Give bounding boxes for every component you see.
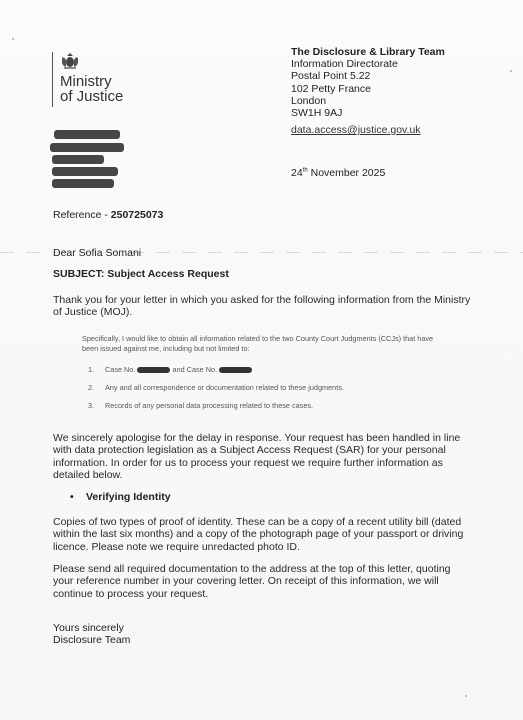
subject-line: SUBJECT: Subject Access Request	[53, 268, 229, 280]
date-month-year: November 2025	[308, 167, 386, 179]
signoff: Yours sincerely Disclosure Team	[53, 622, 130, 646]
sender-line: SW1H 9AJ	[291, 107, 445, 119]
bullet-icon: •	[70, 491, 86, 503]
scan-speck	[465, 695, 467, 697]
salutation: Dear Sofia Somani	[53, 247, 141, 259]
item-number: 1.	[88, 365, 105, 374]
scan-speck	[12, 38, 14, 40]
royal-coat-of-arms-icon	[60, 52, 80, 70]
redaction-bar	[52, 179, 114, 188]
quoted-request-text: Specifically, I would like to obtain all…	[82, 334, 442, 354]
signature: Disclosure Team	[53, 634, 130, 646]
redaction-bar	[52, 167, 118, 176]
quoted-item-1: 1.Case No. and Case No.	[88, 365, 252, 374]
sender-email-link[interactable]: data.access@justice.gov.uk	[291, 124, 421, 136]
sender-line: 102 Petty France	[291, 83, 445, 95]
scan-speck	[510, 70, 512, 72]
item-number: 3.	[88, 401, 105, 410]
redaction-bar	[52, 155, 104, 164]
redaction-bar	[219, 367, 252, 373]
sender-line: Information Directorate	[291, 58, 445, 70]
reference: Reference - 250725073	[53, 209, 163, 221]
reference-number: 250725073	[111, 209, 164, 221]
item-text: Case No.	[105, 365, 137, 374]
apology-paragraph: We sincerely apologise for the delay in …	[53, 432, 473, 481]
letter-page: Ministry of Justice The Disclosure & Lib…	[0, 0, 523, 720]
verifying-identity-heading: •Verifying Identity	[70, 491, 171, 503]
intro-paragraph: Thank you for your letter in which you a…	[53, 294, 473, 319]
bullet-text: Verifying Identity	[86, 491, 171, 503]
redaction-bar	[137, 367, 170, 373]
logo-line-2: of Justice	[60, 89, 123, 104]
redaction-bar	[50, 143, 124, 152]
item-text: and Case No.	[170, 365, 219, 374]
logo-line-1: Ministry	[60, 74, 123, 89]
sender-line: London	[291, 95, 445, 107]
logo-divider	[52, 52, 53, 107]
sender-address: The Disclosure & Library Team Informatio…	[291, 46, 445, 119]
instructions-paragraph: Please send all required documentation t…	[53, 563, 473, 600]
sender-team: The Disclosure & Library Team	[291, 46, 445, 58]
item-text: Records of any personal data processing …	[105, 401, 313, 410]
quoted-item-2: 2.Any and all correspondence or document…	[88, 383, 344, 392]
letter-date: 24th November 2025	[291, 167, 385, 179]
closing: Yours sincerely	[53, 622, 130, 634]
quoted-item-3: 3.Records of any personal data processin…	[88, 401, 313, 410]
date-day: 24	[291, 167, 303, 179]
reference-label: Reference -	[53, 209, 111, 221]
ministry-of-justice-logo: Ministry of Justice	[60, 74, 123, 104]
identity-paragraph: Copies of two types of proof of identity…	[53, 516, 473, 553]
item-number: 2.	[88, 383, 105, 392]
sender-line: Postal Point 5.22	[291, 70, 445, 82]
item-text: Any and all correspondence or documentat…	[105, 383, 344, 392]
redaction-bar	[54, 130, 120, 139]
